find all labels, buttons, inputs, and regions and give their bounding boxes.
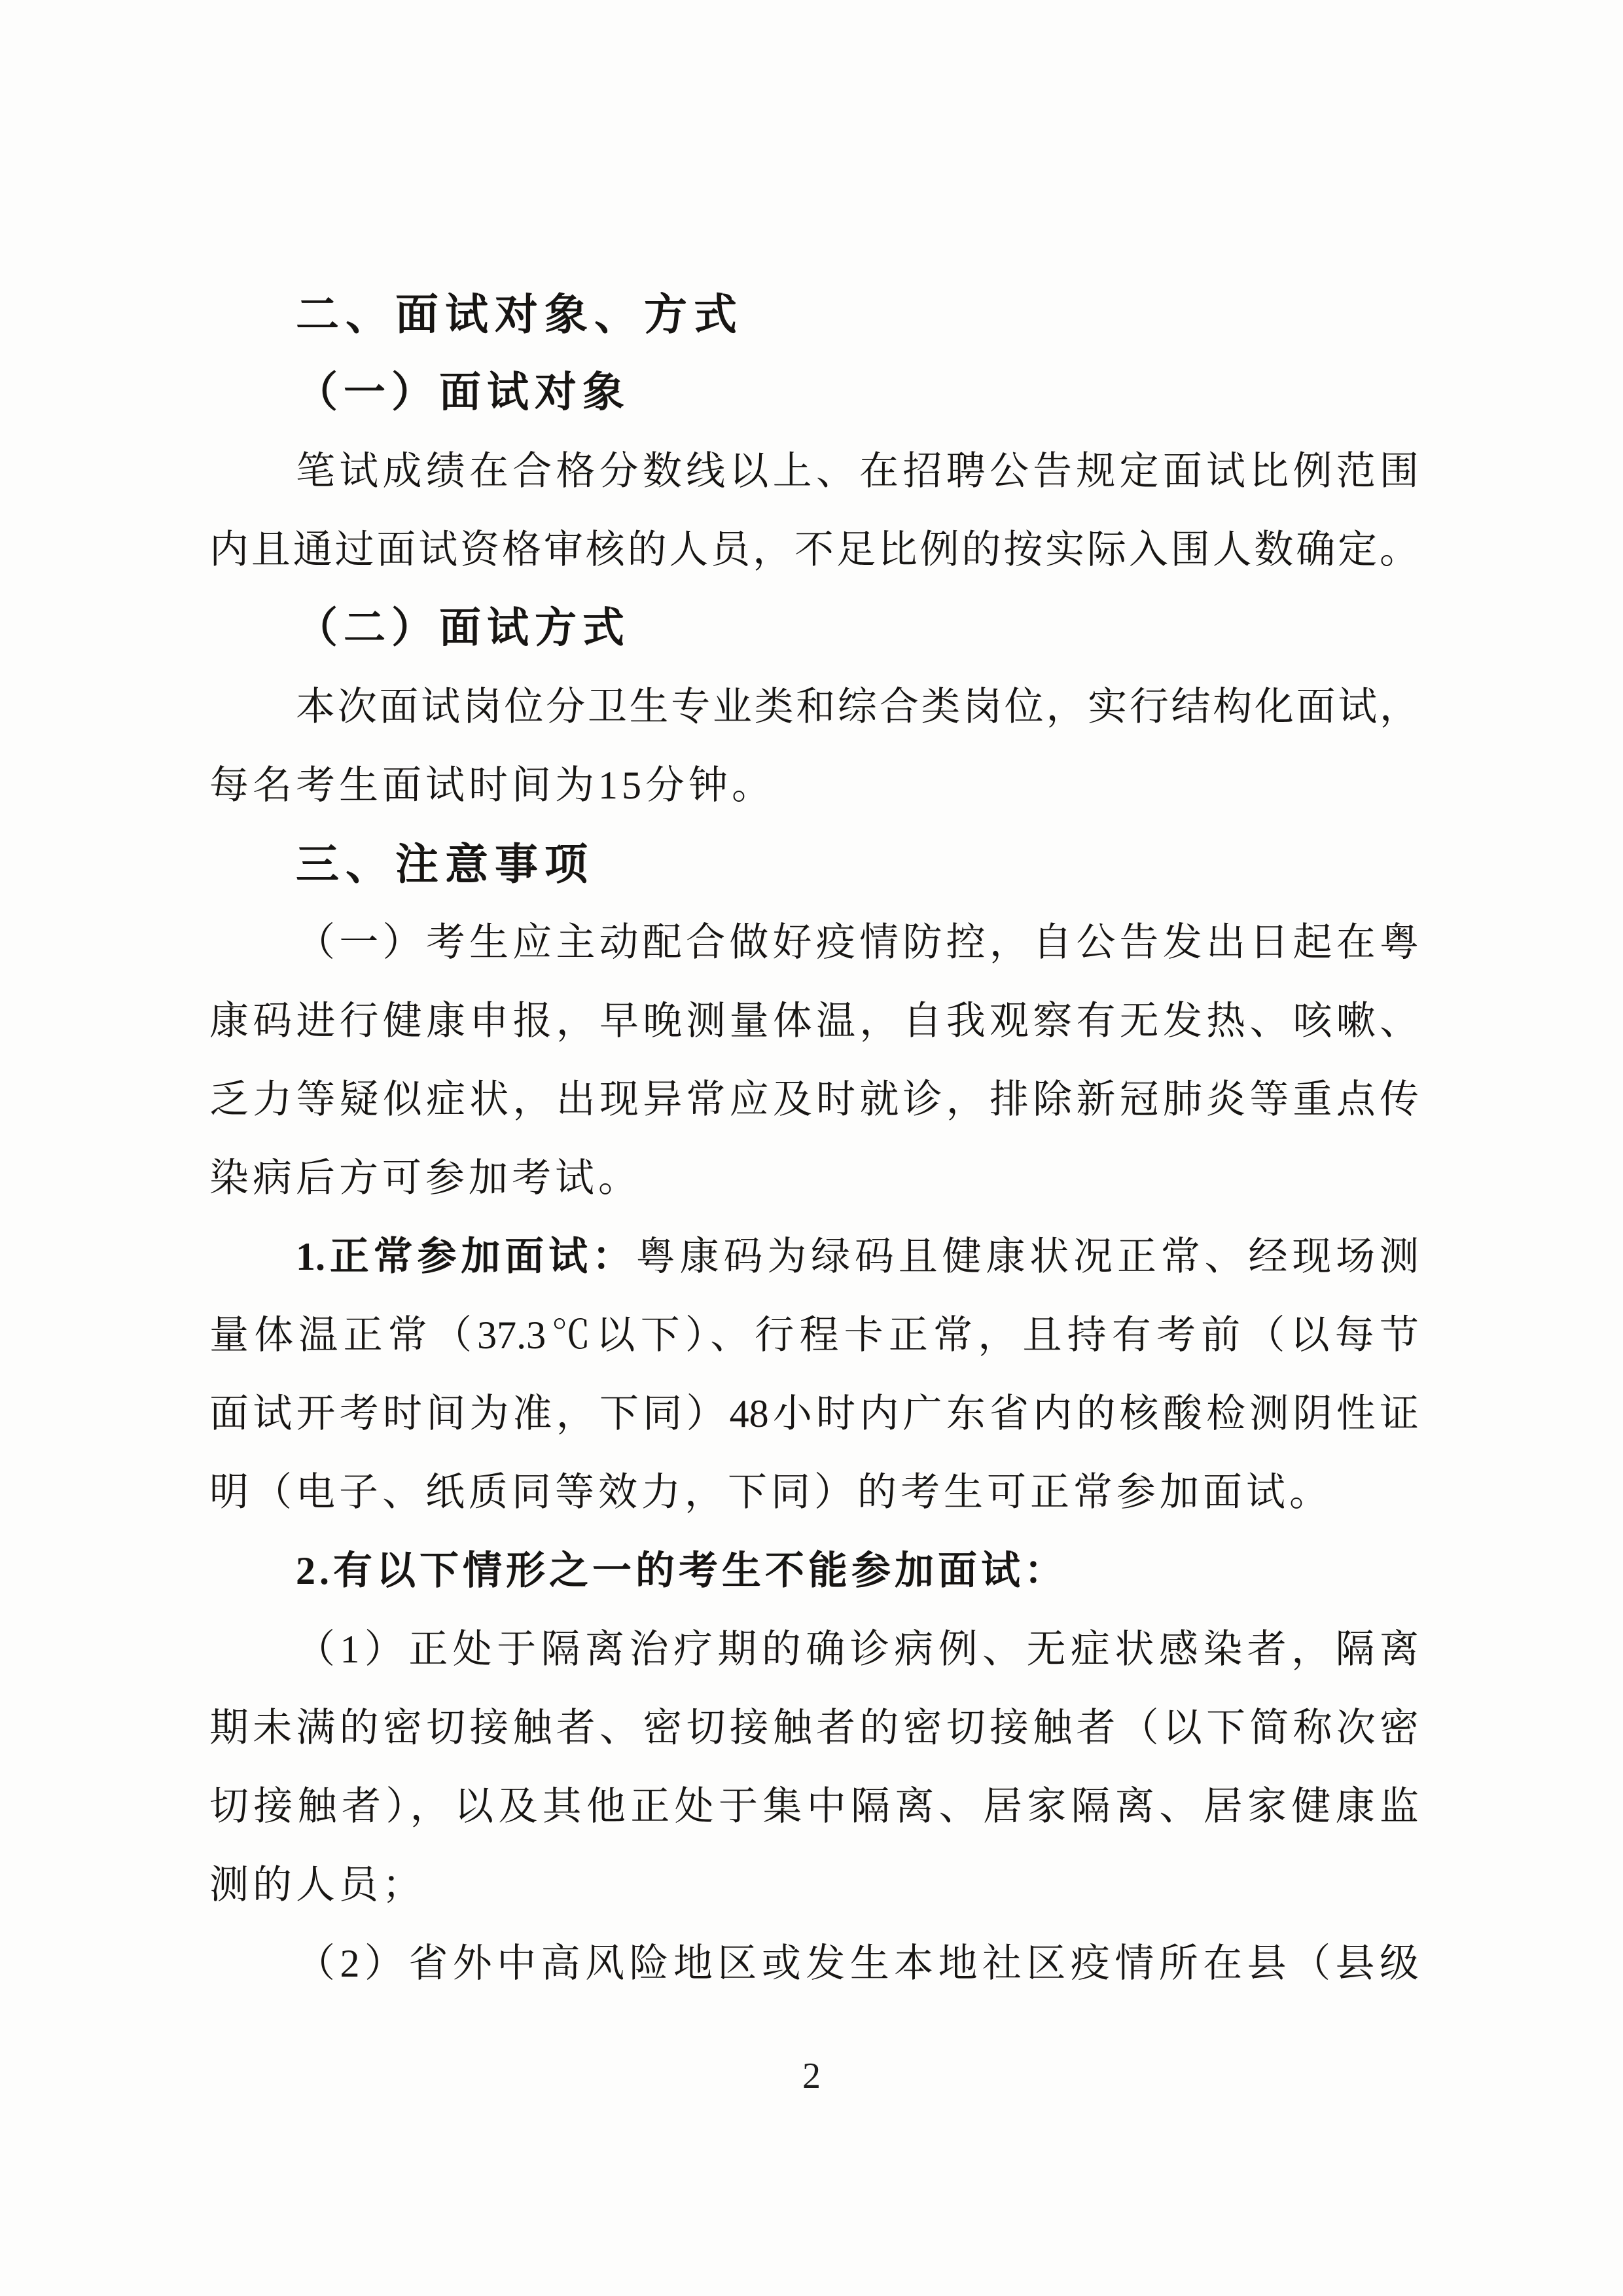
text-segment: 康码进行健康申报，早晚测量体温，自我观察有无发热、咳嗽、 (209, 999, 1419, 1043)
document-lines: 二、面试对象、方式（一）面试对象笔试成绩在合格分数线以上、在招聘公告规定面试比例… (209, 275, 1419, 2003)
text-line: 每名考生面试时间为15分钟。 (209, 746, 1419, 825)
heading-line: 三、注意事项 (209, 825, 1419, 903)
document-page: 二、面试对象、方式（一）面试对象笔试成绩在合格分数线以上、在招聘公告规定面试比例… (0, 0, 1623, 2296)
text-line: （2）省外中高风险地区或发生本地社区疫情所在县（县级 (209, 1924, 1419, 2003)
text-segment: 乏力等疑似症状，出现异常应及时就诊，排除新冠肺炎等重点传 (209, 1078, 1419, 1121)
text-line: 切接触者），以及其他正处于集中隔离、居家隔离、居家健康监 (209, 1767, 1419, 1846)
heading-line: （一）面试对象 (209, 353, 1419, 432)
text-segment: 每名考生面试时间为15分钟。 (209, 764, 775, 807)
text-segment: （一）考生应主动配合做好疫情防控，自公告发出日起在粤 (296, 921, 1419, 964)
text-line: 染病后方可参加考试。 (209, 1139, 1419, 1217)
text-line: 本次面试岗位分卫生专业类和综合类岗位，实行结构化面试， (209, 668, 1419, 746)
text-segment: 测的人员； (209, 1863, 425, 1907)
text-segment: 粤康码为绿码且健康状况正常、经现场测 (636, 1235, 1419, 1278)
text-segment: 切接触者），以及其他正处于集中隔离、居家隔离、居家健康监 (209, 1785, 1419, 1828)
text-line: 测的人员； (209, 1846, 1419, 1924)
text-line: 笔试成绩在合格分数线以上、在招聘公告规定面试比例范围 (209, 432, 1419, 511)
text-line: 量体温正常（37.3℃以下）、行程卡正常，且持有考前（以每节 (209, 1296, 1419, 1374)
bold-text: （一）面试对象 (296, 369, 630, 416)
bold-text: 二、面试对象、方式 (296, 290, 743, 338)
text-line: 面试开考时间为准，下同）48小时内广东省内的核酸检测阴性证 (209, 1374, 1419, 1453)
text-line: （1）正处于隔离治疗期的确诊病例、无症状感染者，隔离 (209, 1610, 1419, 1689)
text-line: 期未满的密切接触者、密切接触者的密切接触者（以下简称次密 (209, 1689, 1419, 1767)
bold-text: （二）面试方式 (296, 605, 630, 651)
text-segment: 本次面试岗位分卫生专业类和综合类岗位，实行结构化面试， (296, 685, 1419, 728)
text-line: 乏力等疑似症状，出现异常应及时就诊，排除新冠肺炎等重点传 (209, 1060, 1419, 1139)
page-number: 2 (0, 2055, 1623, 2097)
text-segment: （2）省外中高风险地区或发生本地社区疫情所在县（县级 (296, 1942, 1419, 1985)
text-segment: 染病后方可参加考试。 (209, 1157, 641, 1200)
text-line: 明（电子、纸质同等效力，下同）的考生可正常参加面试。 (209, 1453, 1419, 1532)
text-segment: 内且通过面试资格审核的人员，不足比例的按实际入围人数确定。 (209, 528, 1419, 571)
text-line: （一）考生应主动配合做好疫情防控，自公告发出日起在粤 (209, 903, 1419, 982)
bold-text: 三、注意事项 (296, 840, 594, 888)
text-segment: 期未满的密切接触者、密切接触者的密切接触者（以下简称次密 (209, 1706, 1419, 1749)
text-segment: （1）正处于隔离治疗期的确诊病例、无症状感染者，隔离 (296, 1628, 1419, 1671)
bold-text: 2.有以下情形之一的考生不能参加面试： (296, 1549, 1067, 1592)
text-segment: 面试开考时间为准，下同）48小时内广东省内的核酸检测阴性证 (209, 1392, 1419, 1435)
text-line: 内且通过面试资格审核的人员，不足比例的按实际入围人数确定。 (209, 511, 1419, 589)
heading-line: （二）面试方式 (209, 589, 1419, 668)
text-segment: 明（电子、纸质同等效力，下同）的考生可正常参加面试。 (209, 1471, 1332, 1514)
text-line: 2.有以下情形之一的考生不能参加面试： (209, 1532, 1419, 1610)
heading-line: 二、面试对象、方式 (209, 275, 1419, 353)
text-line: 1.正常参加面试：粤康码为绿码且健康状况正常、经现场测 (209, 1217, 1419, 1296)
bold-text: 1.正常参加面试： (296, 1235, 636, 1278)
text-line: 康码进行健康申报，早晚测量体温，自我观察有无发热、咳嗽、 (209, 982, 1419, 1060)
text-segment: 笔试成绩在合格分数线以上、在招聘公告规定面试比例范围 (296, 450, 1419, 493)
text-segment: 量体温正常（37.3℃以下）、行程卡正常，且持有考前（以每节 (209, 1314, 1419, 1357)
